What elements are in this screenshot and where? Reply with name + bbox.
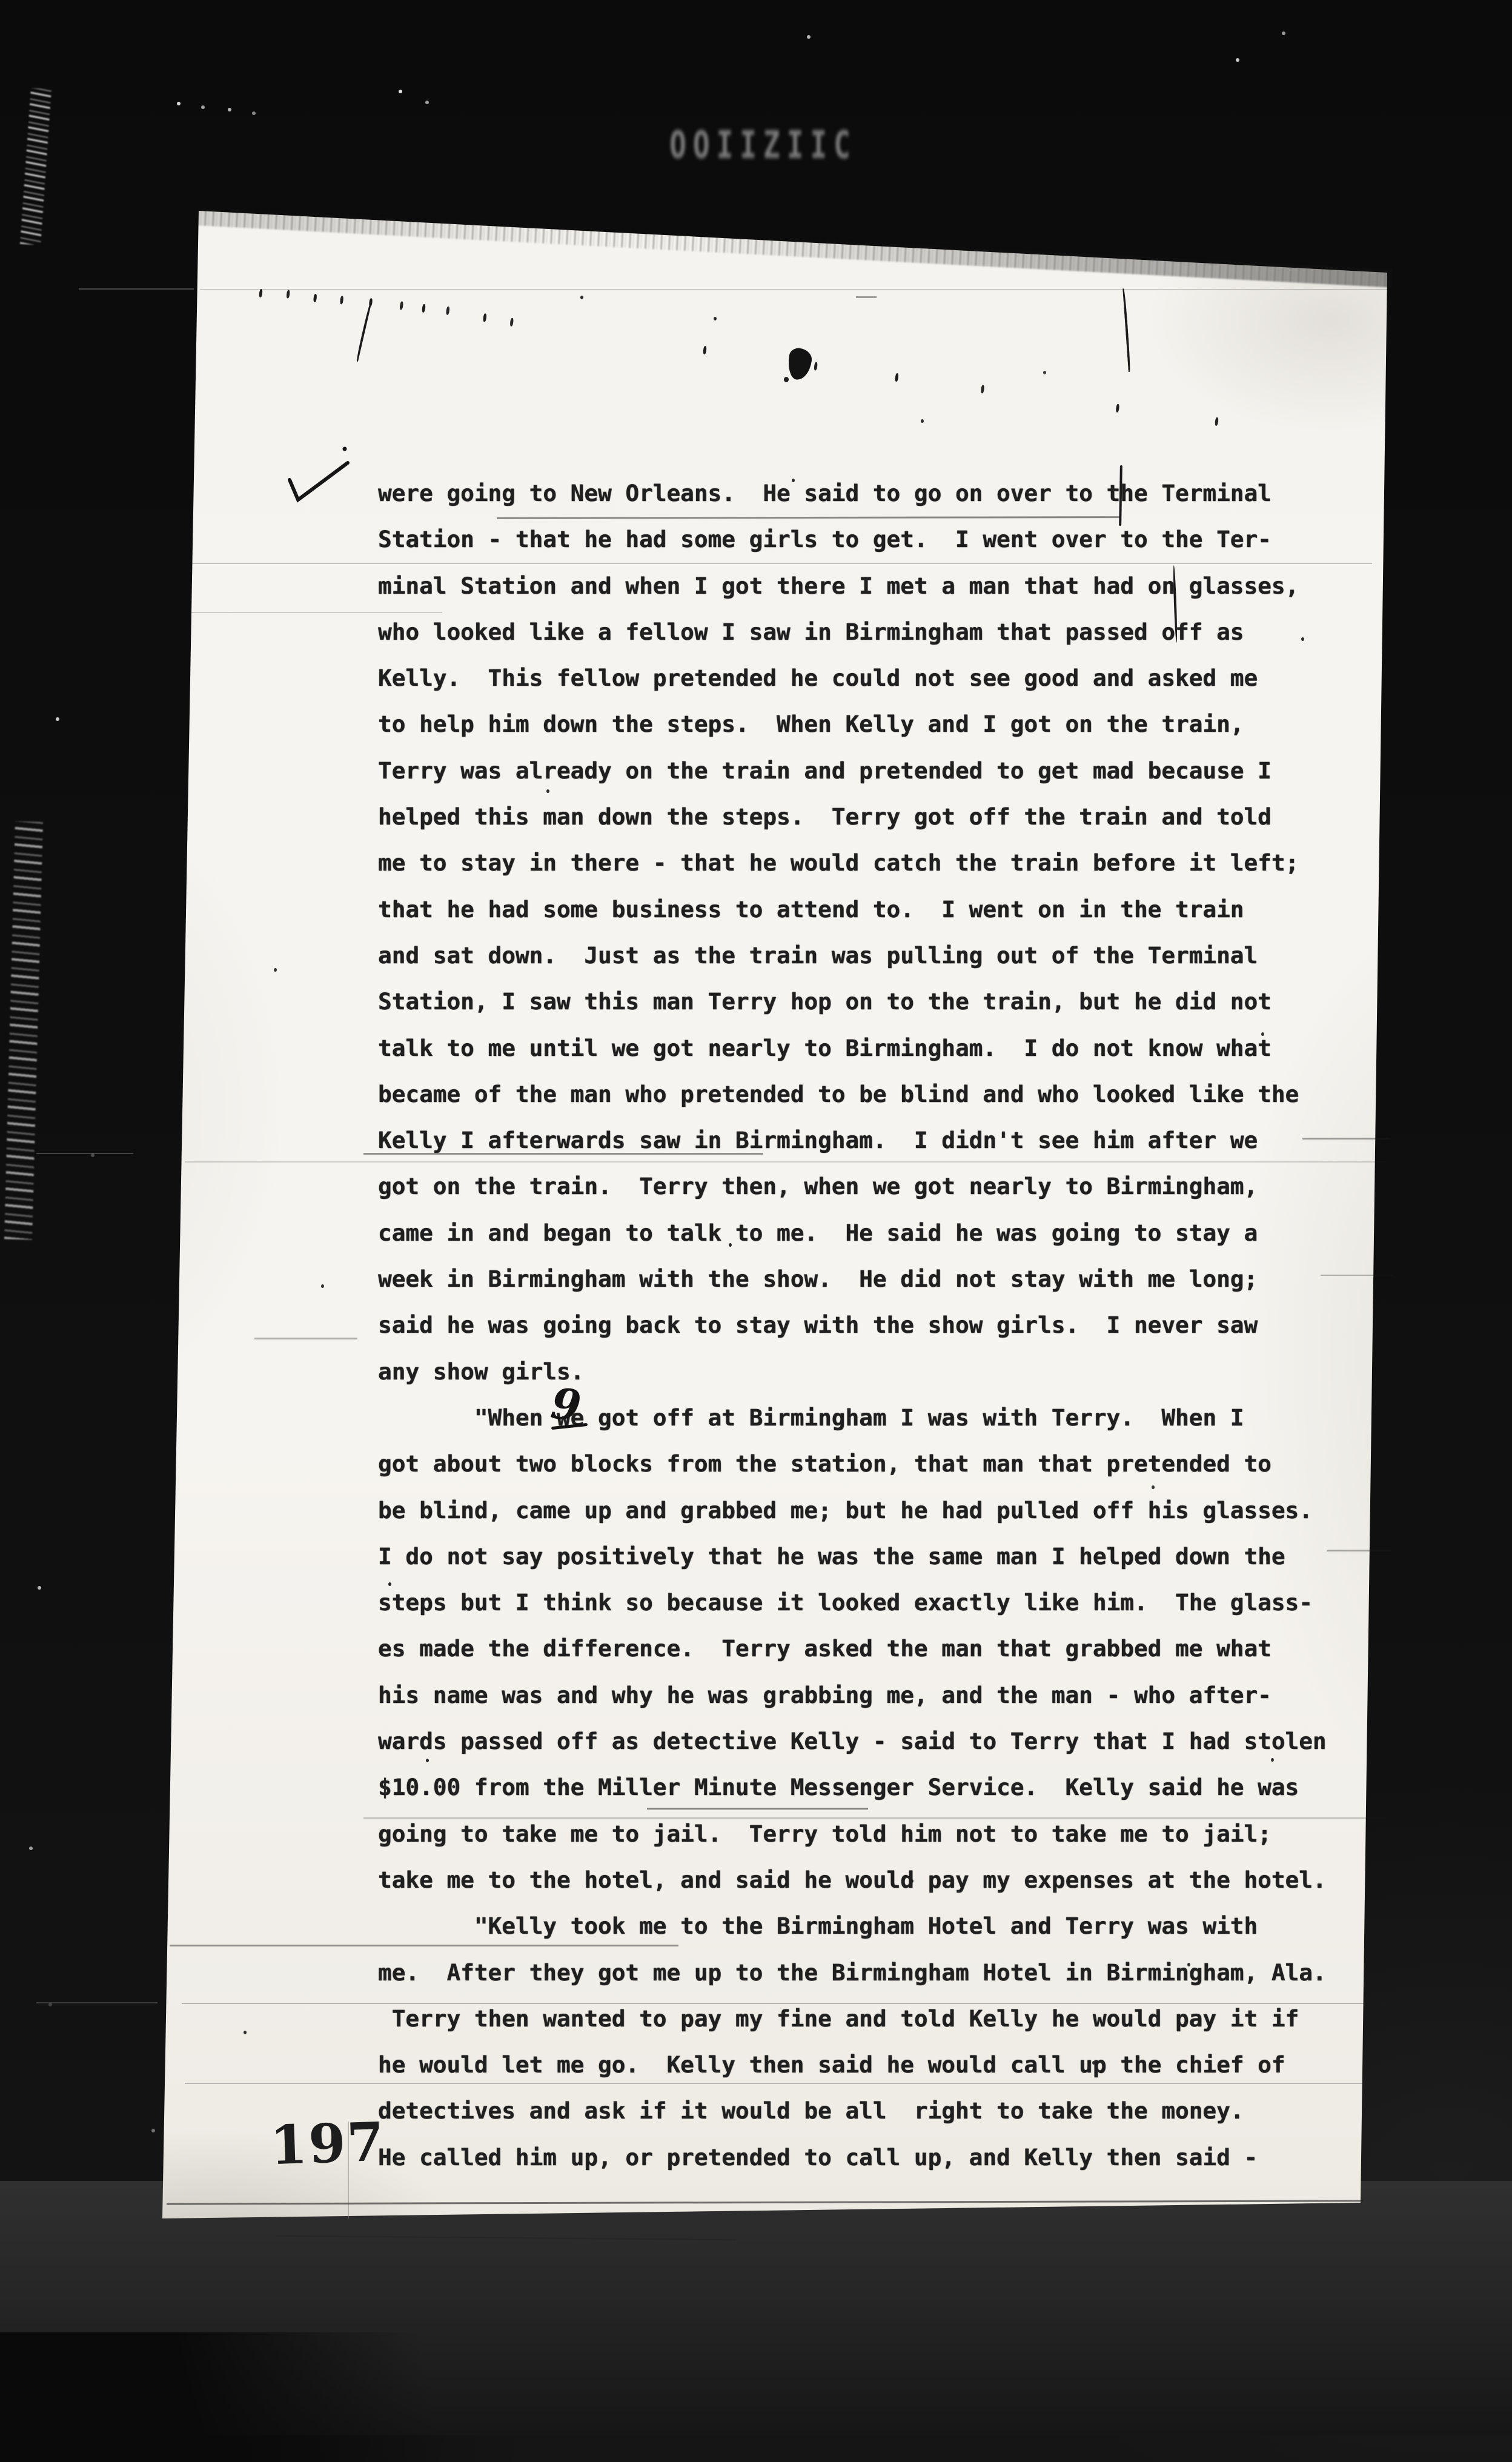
typewritten-line: He called him up, or pretended to call u… bbox=[378, 2134, 1327, 2180]
ink-blot bbox=[784, 377, 789, 382]
typewritten-line: got about two blocks from the station, t… bbox=[378, 1441, 1327, 1487]
typewritten-line: be blind, came up and grabbed me; but he… bbox=[378, 1487, 1327, 1533]
typewritten-line: that he had some business to attend to. … bbox=[378, 886, 1327, 932]
typewritten-line: minal Station and when I got there I met… bbox=[378, 563, 1327, 609]
typewritten-line: "Kelly took me to the Birmingham Hotel a… bbox=[378, 1903, 1327, 1949]
scan-line-artifact bbox=[1321, 1275, 1393, 1276]
typewritten-line: es made the difference. Terry asked the … bbox=[378, 1625, 1327, 1671]
typewritten-line: wards passed off as detective Kelly - sa… bbox=[378, 1718, 1327, 1764]
scan-line-artifact bbox=[254, 1338, 357, 1339]
typewritten-line: I do not say positively that he was the … bbox=[378, 1533, 1327, 1579]
typewritten-line: me. After they got me up to the Birmingh… bbox=[378, 1949, 1327, 1996]
microfilm-frame: OOIIZIIC were going to New Orleans. He s… bbox=[0, 0, 1512, 2462]
typewritten-line: Terry then wanted to pay my fine and tol… bbox=[378, 1996, 1327, 2042]
typewritten-line: going to take me to jail. Terry told him… bbox=[378, 1811, 1327, 1857]
ink-specks bbox=[0, 0, 3, 4]
typewritten-line: said he was going back to stay with the … bbox=[378, 1302, 1327, 1348]
typewritten-line: $10.00 from the Miller Minute Messenger … bbox=[378, 1764, 1327, 1810]
typewritten-line: Kelly I afterwards saw in Birmingham. I … bbox=[378, 1117, 1327, 1163]
handwritten-correction-digit: 9 bbox=[549, 1382, 583, 1427]
typewritten-line: his name was and why he was grabbing me,… bbox=[378, 1672, 1327, 1718]
typewritten-line: came in and began to talk to me. He said… bbox=[378, 1210, 1327, 1256]
scan-line-artifact bbox=[79, 288, 194, 290]
typewritten-line: Station - that he had some girls to get.… bbox=[378, 516, 1327, 562]
typewritten-line: Terry was already on the train and prete… bbox=[378, 748, 1327, 794]
typewritten-line: detectives and ask if it would be all ri… bbox=[378, 2088, 1327, 2134]
page-number: 197 bbox=[270, 2115, 386, 2172]
typewritten-line: to help him down the steps. When Kelly a… bbox=[378, 701, 1327, 747]
typewritten-line: and sat down. Just as the train was pull… bbox=[378, 932, 1327, 978]
typewritten-line: became of the man who pretended to be bl… bbox=[378, 1071, 1327, 1117]
handwritten-checkmark bbox=[277, 440, 362, 513]
scan-line-artifact bbox=[200, 289, 1387, 290]
scan-line-artifact bbox=[1327, 1550, 1390, 1551]
typewritten-line: got on the train. Terry then, when we go… bbox=[378, 1163, 1327, 1209]
typewritten-line: he would let me go. Kelly then said he w… bbox=[378, 2042, 1327, 2088]
scan-line-artifact bbox=[36, 1153, 133, 1154]
typewritten-line: were going to New Orleans. He said to go… bbox=[378, 470, 1327, 516]
film-shadow-wedge bbox=[0, 2332, 594, 2462]
film-scratch bbox=[4, 821, 43, 1240]
typewritten-line: any show girls. bbox=[378, 1349, 1327, 1395]
film-scratch bbox=[20, 88, 51, 245]
typewritten-line: Kelly. This fellow pretended he could no… bbox=[378, 655, 1327, 701]
typewritten-line: week in Birmingham with the show. He did… bbox=[378, 1256, 1327, 1302]
typewritten-line: me to stay in there - that he would catc… bbox=[378, 840, 1327, 886]
typewritten-line: who looked like a fellow I saw in Birmin… bbox=[378, 609, 1327, 655]
typewritten-line: Station, I saw this man Terry hop on to … bbox=[378, 978, 1327, 1024]
typewritten-line: take me to the hotel, and said he would … bbox=[378, 1857, 1327, 1903]
scan-line-artifact bbox=[36, 2002, 157, 2003]
typewritten-line: steps but I think so because it looked e… bbox=[378, 1579, 1327, 1625]
film-frame-stamp: OOIIZIIC bbox=[618, 123, 909, 167]
scan-line-artifact bbox=[856, 296, 877, 298]
typewritten-line: talk to me until we got nearly to Birmin… bbox=[378, 1025, 1327, 1071]
typewritten-line: "When we got off at Birmingham I was wit… bbox=[378, 1395, 1327, 1441]
typewritten-line: helped this man down the steps. Terry go… bbox=[378, 794, 1327, 840]
text-lines: were going to New Orleans. He said to go… bbox=[378, 470, 1327, 2180]
